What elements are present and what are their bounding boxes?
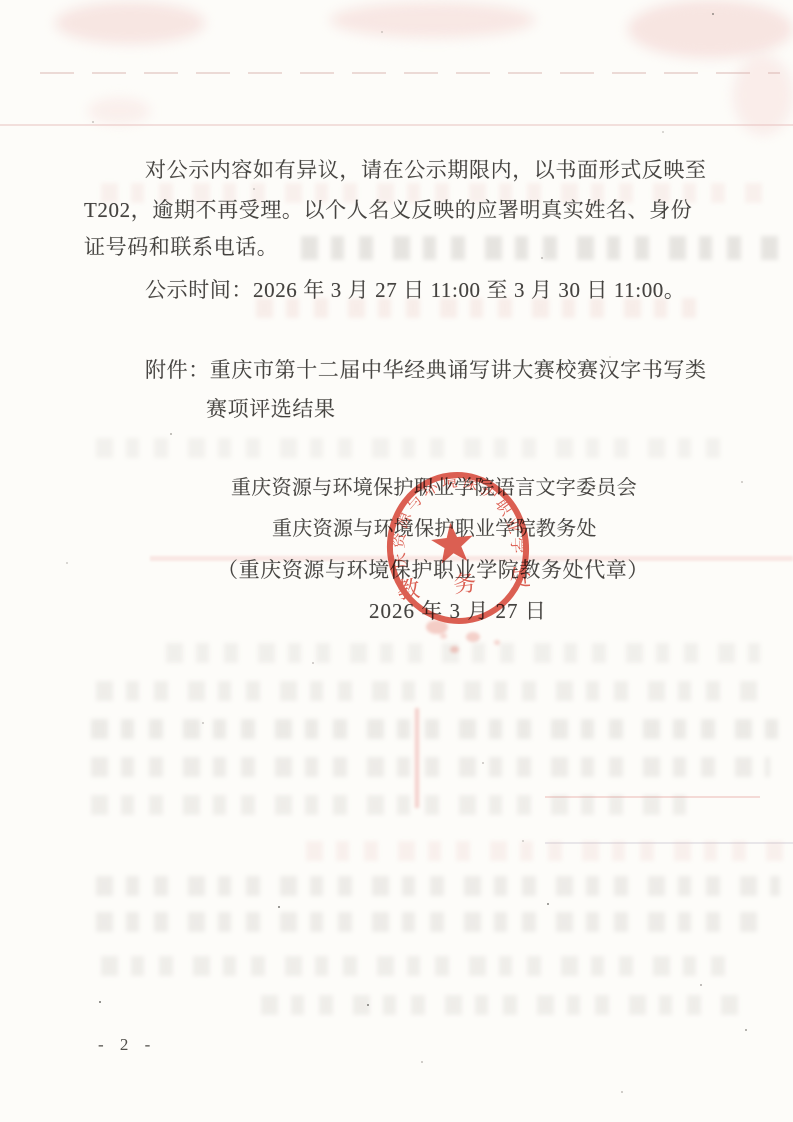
bleed-through-row — [85, 719, 780, 739]
bleed-through-row — [300, 841, 790, 861]
bleed-through-row — [90, 681, 770, 701]
scan-blotch — [88, 98, 150, 124]
attachment-line-2: 赛项评选结果 — [206, 396, 336, 422]
bleed-through-row — [90, 438, 730, 458]
scan-specks — [0, 0, 2, 2]
red-smear — [415, 708, 419, 808]
scan-blotch — [733, 55, 793, 135]
seal-star-icon — [430, 520, 476, 564]
bleed-through-row — [90, 912, 770, 932]
seal-ink-smudge — [466, 632, 480, 642]
seal-ink-smudge — [440, 633, 447, 639]
scan-line — [40, 72, 780, 74]
scan-blotch — [628, 0, 793, 58]
bleed-through-row — [95, 956, 745, 976]
bleed-through-row — [85, 795, 700, 815]
paragraph-line-3: 证号码和联系电话。 — [84, 234, 278, 260]
bleed-through-row — [90, 876, 780, 896]
svg-text:重庆资源与环境保护职业学院: 重庆资源与环境保护职业学院 — [386, 468, 528, 572]
bleed-through-row — [295, 236, 780, 260]
scan-blotch — [55, 2, 205, 44]
seal-ink-smudge — [450, 646, 459, 653]
paragraph-line-1: 对公示内容如有异议，请在公示期限内，以书面形式反映至 — [145, 157, 707, 183]
seal-ink-smudge — [426, 620, 448, 634]
attachment-line-1: 附件：重庆市第十二届中华经典诵写讲大赛校赛汉字书写类 — [145, 357, 707, 383]
seal-ring-text: 重庆资源与环境保护职业学院 — [386, 468, 528, 572]
seal-ink-smudge — [494, 640, 500, 645]
bleed-through-row — [255, 995, 745, 1015]
official-seal: 重庆资源与环境保护职业学院 教 务 处 — [386, 468, 530, 628]
paragraph-line-2: T202，逾期不再受理。以个人名义反映的应署明真实姓名、身份 — [84, 197, 692, 223]
bleed-through-row — [160, 643, 760, 663]
scan-blotch — [330, 2, 535, 38]
page-number: - 2 - — [98, 1035, 156, 1055]
scan-line — [0, 124, 793, 126]
scanned-document-page: 对公示内容如有异议，请在公示期限内，以书面形式反映至 T202，逾期不再受理。以… — [0, 0, 793, 1122]
bleed-through-row — [85, 757, 770, 777]
notice-time-line: 公示时间：2026 年 3 月 27 日 11:00 至 3 月 30 日 11… — [145, 277, 686, 303]
